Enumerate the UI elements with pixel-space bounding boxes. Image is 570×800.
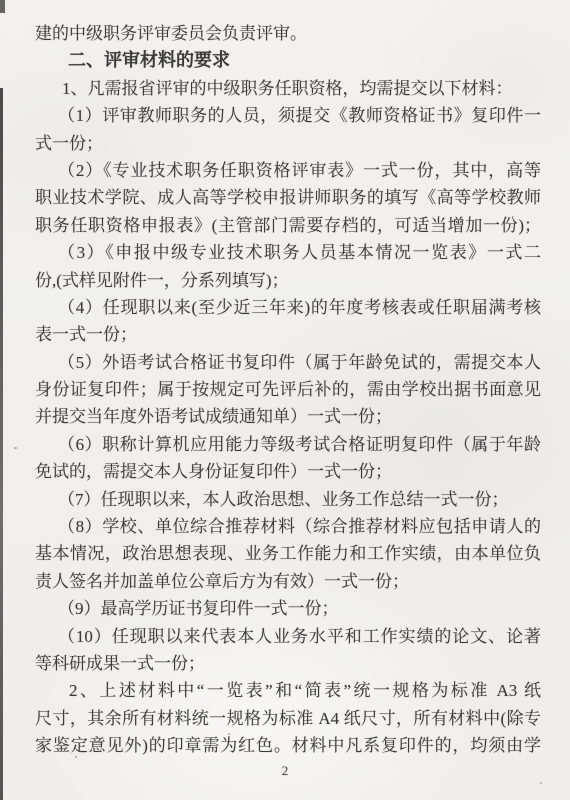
text-line: （10）任现职以来代表本人业务水平和工作实绩的论文、论著 bbox=[35, 623, 541, 650]
scan-speck bbox=[14, 447, 17, 449]
text-line: （7）任现职以来，本人政治思想、业务工作总结一式一份； bbox=[35, 486, 541, 513]
text-line: 等科研成果一式一份； bbox=[35, 650, 541, 677]
text-line: 职业技术学院、成人高等学校申报讲师职务的填写《高等学校教师 bbox=[35, 184, 541, 211]
text-line: （3）《申报中级专业技术职务人员基本情况一览表》一式二 bbox=[35, 239, 541, 266]
text-line: （1）评审教师职务的人员，须提交《教师资格证书》复印件一 bbox=[35, 102, 541, 129]
text-line: （8）学校、单位综合推荐材料（综合推荐材料应包括申请人的 bbox=[35, 513, 541, 540]
text-line: 2、上述材料中“一览表”和“简表”统一规格为标准 A3 纸 bbox=[35, 677, 541, 704]
scan-edge-artifact bbox=[0, 88, 3, 800]
text-line: 身份证复印件；属于按规定可先评后补的，需由学校出据书面意见 bbox=[35, 376, 541, 403]
scan-speck bbox=[540, 782, 542, 784]
text-line: 基本情况，政治思想表现、业务工作能力和工作实绩，由本单位负 bbox=[35, 540, 541, 567]
text-line: 1、凡需报省评审的中级职务任职资格，均需提交以下材料： bbox=[35, 75, 541, 102]
text-line: （4）任现职以来(至少近三年来)的年度考核表或任职届满考核 bbox=[35, 294, 541, 321]
scan-corner-artifact bbox=[0, 0, 5, 13]
text-line: 表一式一份； bbox=[35, 321, 541, 348]
text-line: （2）《专业技术职务任职资格评审表》一式一份，其中，高等 bbox=[35, 157, 541, 184]
text-line-continuation: 建的中级职务评审委员会负责评审。 bbox=[35, 20, 541, 47]
document-body: 建的中级职务评审委员会负责评审。 二、评审材料的要求 1、凡需报省评审的中级职务… bbox=[35, 20, 541, 760]
text-line: （6）职称计算机应用能力等级考试合格证明复印件（属于年龄 bbox=[35, 431, 541, 458]
page-number: 2 bbox=[0, 763, 570, 779]
text-line: （9）最高学历证书复印件一式一份； bbox=[35, 595, 541, 622]
text-line: 式一份； bbox=[35, 130, 541, 157]
section-heading: 二、评审材料的要求 bbox=[35, 47, 541, 74]
text-line: 并提交当年度外语考试成绩通知单）一式一份； bbox=[35, 403, 541, 430]
text-line: 尺寸，其余所有材料统一规格为标准 A4 纸尺寸，所有材料中(除专 bbox=[35, 705, 541, 732]
document-page: 建的中级职务评审委员会负责评审。 二、评审材料的要求 1、凡需报省评审的中级职务… bbox=[0, 0, 570, 800]
text-line: （5）外语考试合格证书复印件（属于年龄免试的，需提交本人 bbox=[35, 349, 541, 376]
text-line: 家鉴定意见外)的印章需为红色。材料中凡系复印件的，均须由学校、 bbox=[35, 732, 541, 759]
text-line: 职务任职资格申报表》(主管部门需要存档的，可适当增加一份)； bbox=[35, 212, 541, 239]
text-line: 责人签名并加盖单位公章后方为有效）一式一份； bbox=[35, 568, 541, 595]
text-line: 份,(式样见附件一，分系列填写)； bbox=[35, 267, 541, 294]
text-line: 免试的，需提交本人身份证复印件）一式一份； bbox=[35, 458, 541, 485]
